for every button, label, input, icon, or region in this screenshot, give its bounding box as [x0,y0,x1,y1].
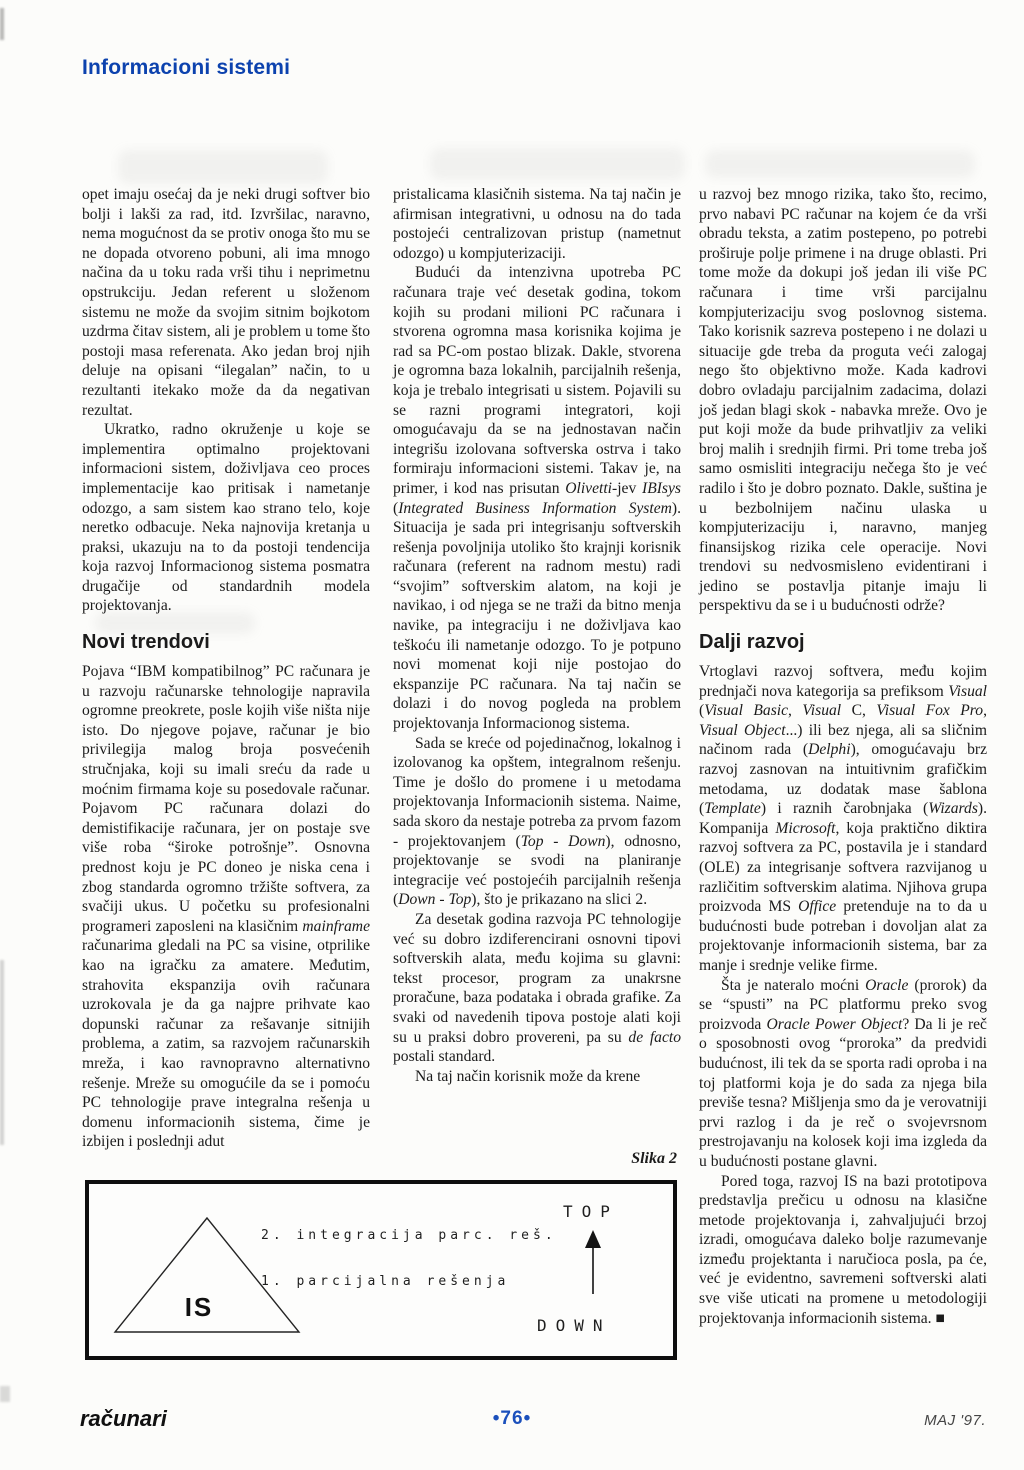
section-heading: Novi trendovi [82,631,370,653]
text-column-1: opet imaju osećaj da je neki drugi softv… [82,185,370,1152]
triangle-label: IS [185,1292,214,1322]
scan-edge-mark [0,1386,10,1402]
paragraph: Pored toga, razvoj IS na bazi prototipov… [699,1172,987,1329]
figure-step-1: 1. parcijalna rešenja [261,1274,509,1289]
paragraph: u razvoj bez mnogo rizika, tako što, rec… [699,185,987,616]
paragraph: Budući da intenzivna upotreba PC računar… [393,263,681,733]
page-number: •76• [0,1408,1024,1430]
scan-edge-mark [0,8,4,40]
issue-date: MAJ '97. [924,1412,986,1429]
paragraph: Vrtoglavi razvoj softvera, među kojim pr… [699,662,987,976]
section-heading: Dalji razvoj [699,631,987,653]
text-column-3: u razvoj bez mnogo rizika, tako što, rec… [699,185,987,1328]
up-arrow-icon [583,1228,603,1296]
figure-step-2: 2. integracija parc. reš. [261,1228,557,1243]
paragraph: Na taj način korisnik može da krene [393,1067,681,1087]
section-header: Informacioni sistemi [82,56,290,80]
paragraph: pristalicama klasičnih sistema. Na taj n… [393,185,681,263]
paragraph: Pojava “IBM kompatibilnog” PC računara j… [82,662,370,1152]
figure-box: IS 2. integracija parc. reš. 1. parcijal… [85,1180,677,1360]
scan-smudge [118,150,328,184]
text-column-2: pristalicama klasičnih sistema. Na taj n… [393,185,681,1086]
paragraph: Ukratko, radno okruženje u koje se imple… [82,420,370,616]
paragraph: Sada se kreće od pojedinačnog, lokalnog … [393,734,681,910]
down-label: DOWN [537,1316,612,1335]
top-label: TOP [563,1202,619,1221]
figure-caption: Slika 2 [85,1150,677,1168]
paragraph: Šta je nateralo moćni Oracle (prorok) da… [699,976,987,1172]
scan-smudge [430,148,685,180]
scan-smudge [705,150,975,178]
paragraph: opet imaju osećaj da je neki drugi softv… [82,185,370,420]
paragraph: Za desetak godina razvoja PC tehnologije… [393,910,681,1067]
scan-edge-mark [0,960,4,1145]
magazine-page: { "header": { "title": "Informacioni sis… [0,0,1024,1470]
